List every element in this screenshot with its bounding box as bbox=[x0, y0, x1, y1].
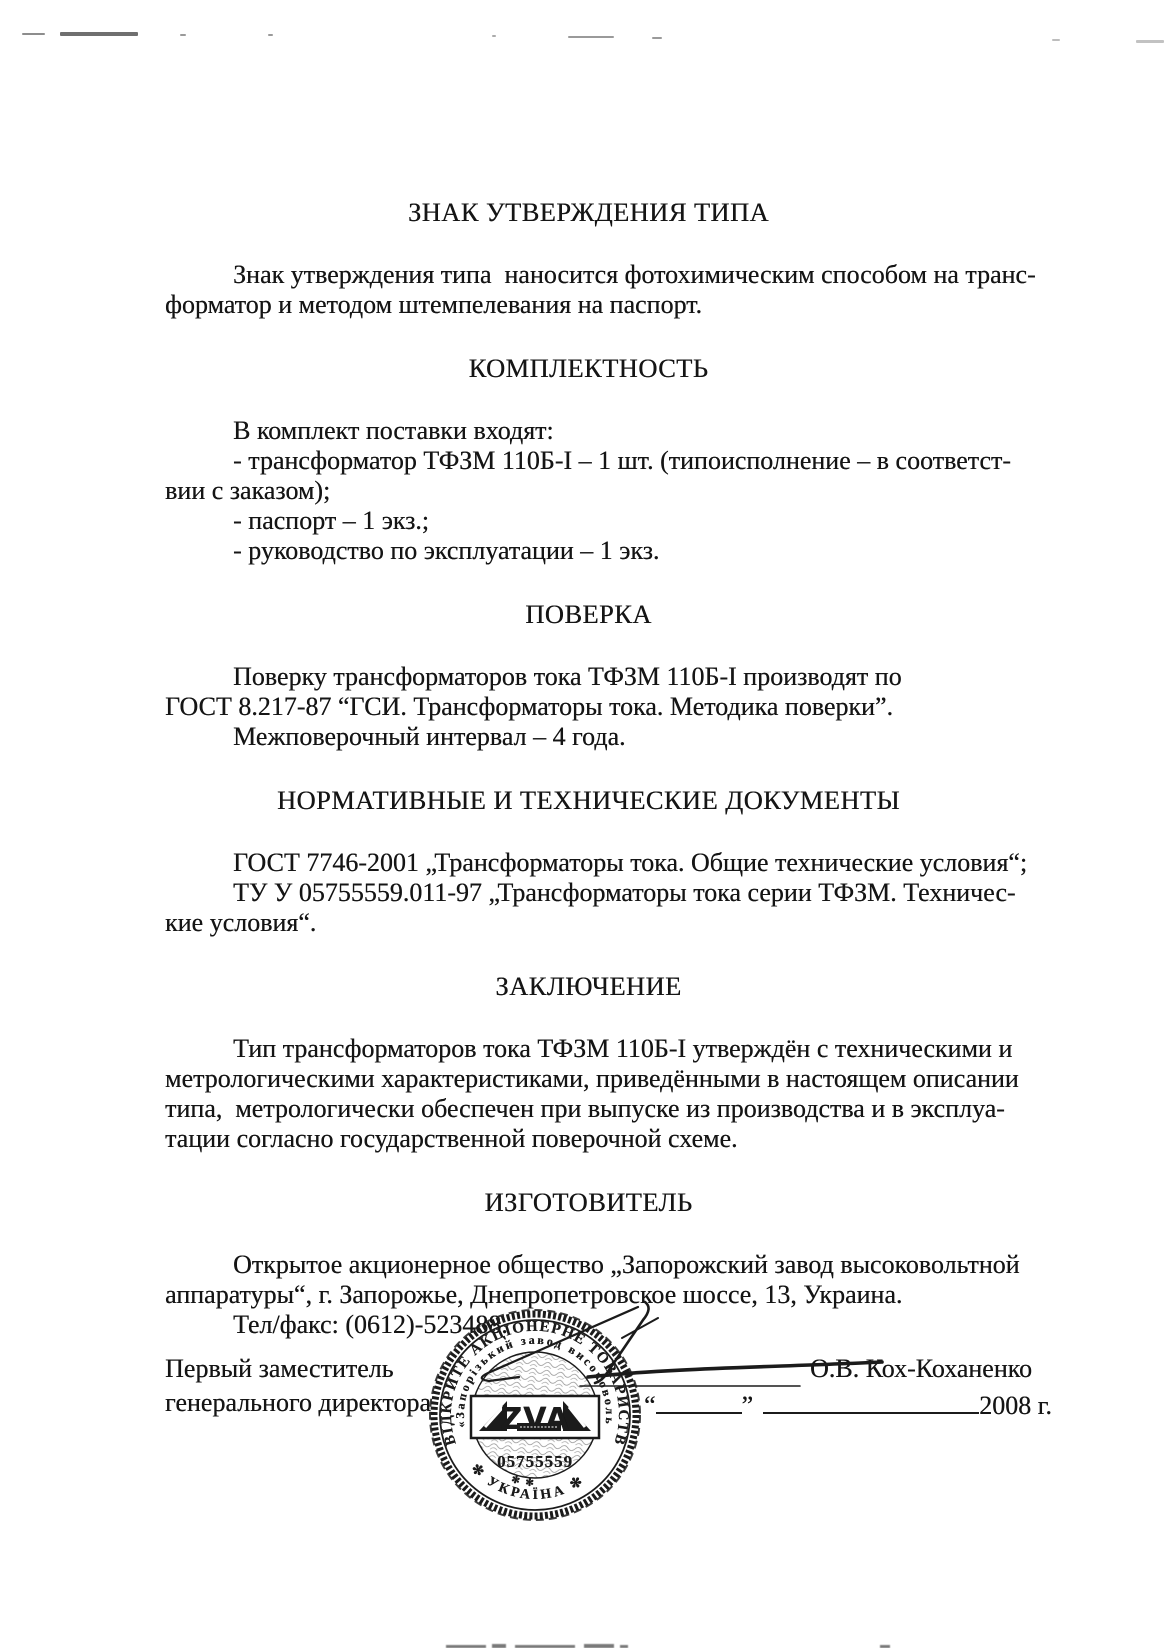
paragraph-line: ГОСТ 7746-2001 „Трансформаторы тока. Общ… bbox=[165, 848, 1012, 878]
cut-off-footer-text bbox=[584, 1644, 614, 1648]
paragraph-line: Открытое акционерное общество „Запорожск… bbox=[165, 1250, 1012, 1280]
signer-role-line-1: Первый заместитель bbox=[165, 1354, 393, 1384]
heading-manufacturer: ИЗГОТОВИТЕЛЬ bbox=[165, 1187, 1012, 1217]
paragraph-line: тации согласно государственной поверочно… bbox=[165, 1124, 1012, 1154]
heading-conclusion: ЗАКЛЮЧЕНИЕ bbox=[165, 971, 1012, 1001]
scan-artifact bbox=[1136, 40, 1164, 43]
paragraph-line: ГОСТ 8.217-87 “ГСИ. Трансформаторы тока.… bbox=[165, 692, 1012, 722]
paragraph-line: кие условия“. bbox=[165, 908, 1012, 938]
paragraph-line: Тип трансформаторов тока ТФЗМ 110Б-I утв… bbox=[165, 1034, 1012, 1064]
heading-verification: ПОВЕРКА bbox=[165, 599, 1012, 629]
scan-artifact bbox=[568, 36, 614, 38]
paragraph-line: В комплект поставки входят: bbox=[165, 416, 1012, 446]
paragraph-line: метрологическими характеристиками, приве… bbox=[165, 1064, 1012, 1094]
paragraph-line: типа, метрологически обеспечен при выпус… bbox=[165, 1094, 1012, 1124]
list-item: - паспорт – 1 экз.; bbox=[165, 506, 1012, 536]
signer-role-line-2: генерального директора bbox=[165, 1388, 431, 1418]
list-item-continuation: вии с заказом); bbox=[165, 476, 1012, 506]
scanned-document-page: ЗНАК УТВЕРЖДЕНИЯ ТИПА Знак утверждения т… bbox=[0, 0, 1172, 1648]
paragraph-line: ТУ У 05755559.011-97 „Трансформаторы ток… bbox=[165, 878, 1012, 908]
paragraph-line: Межповерочный интервал – 4 года. bbox=[165, 722, 1012, 752]
paragraph-line: Знак утверждения типа наносится фотохими… bbox=[165, 260, 1012, 290]
heading-completeness: КОМПЛЕКТНОСТЬ bbox=[165, 353, 1012, 383]
stamp-code: 05755559 bbox=[497, 1452, 573, 1471]
scan-artifact bbox=[1052, 39, 1060, 41]
paragraph-line: форматор и методом штемпелевания на пасп… bbox=[165, 290, 1012, 320]
scan-artifact bbox=[652, 37, 662, 39]
heading-type-approval-mark: ЗНАК УТВЕРЖДЕНИЯ ТИПА bbox=[165, 197, 1012, 227]
list-item: - трансформатор ТФЗМ 110Б-I – 1 шт. (тип… bbox=[165, 446, 1012, 476]
document-body: ЗНАК УТВЕРЖДЕНИЯ ТИПА Знак утверждения т… bbox=[0, 0, 1172, 1340]
heading-normative-documents: НОРМАТИВНЫЕ И ТЕХНИЧЕСКИЕ ДОКУМЕНТЫ bbox=[165, 785, 1012, 815]
scan-artifact bbox=[492, 35, 496, 37]
paragraph-line: Поверку трансформаторов тока ТФЗМ 110Б-I… bbox=[165, 662, 1012, 692]
scan-artifact bbox=[180, 34, 186, 36]
cut-off-footer-text bbox=[492, 1644, 506, 1648]
scan-artifact bbox=[60, 32, 138, 36]
handwritten-signature bbox=[400, 1280, 1100, 1450]
scan-artifact bbox=[268, 34, 273, 36]
scan-artifact bbox=[22, 33, 45, 35]
list-item: - руководство по эксплуатации – 1 экз. bbox=[165, 536, 1012, 566]
